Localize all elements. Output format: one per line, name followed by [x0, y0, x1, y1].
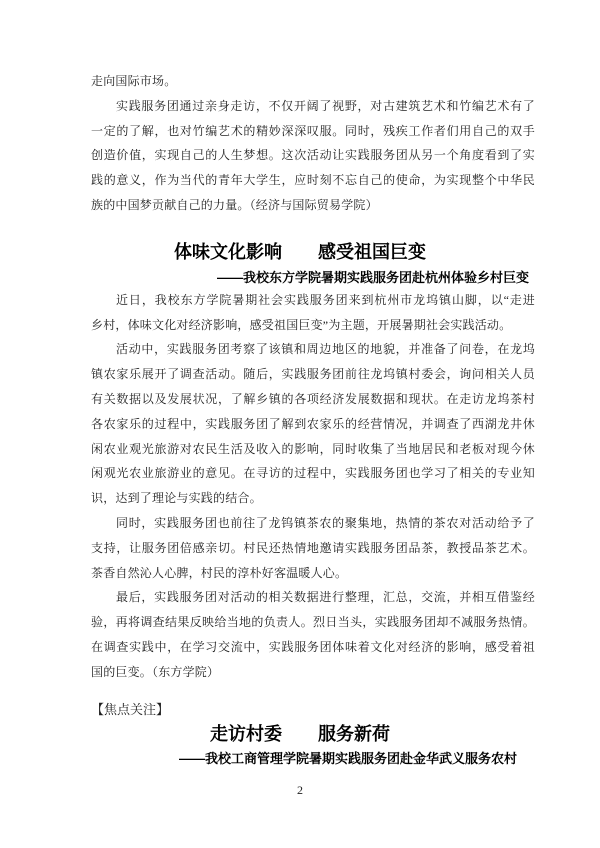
body-line: 国的巨变。（东方学院）: [91, 660, 535, 685]
body-line: 闲观光农业旅游业的意见。在寻访的过程中，实践服务团也学习了相关的专业知: [91, 461, 535, 486]
body-line: 最后，实践服务团对活动的相关数据进行整理，汇总，交流，并相互借鉴经: [91, 585, 535, 610]
intro-line: 一定的了解，也对竹编艺术的精妙深深叹服。同时，残疾工作者们用自己的双手: [91, 119, 535, 144]
body-line: 支持，让服务团倍感亲切。村民还热情地邀请实践服务团品茶，教授品茶艺术。: [91, 536, 535, 561]
intro-line: 创造价值，实现自己的人生梦想。这次活动让实践服务团从另一个角度看到了实: [91, 143, 535, 168]
body-line: 各农家乐的过程中，实践服务团了解到农家乐的经营情况，并调查了西湖龙井休: [91, 412, 535, 437]
body-line: 在调查实践中，在学习交流中，实践服务团体味着文化对经济的影响，感受着祖: [91, 635, 535, 660]
body-line: 乡村，体味文化对经济影响，感受祖国巨变”为主题，开展暑期社会实践活动。: [91, 313, 535, 338]
article-title: 体味文化影响 感受祖国巨变: [0, 239, 600, 265]
article-subtitle: ——我校东方学院暑期实践服务团赴杭州体验乡村巨变: [91, 268, 535, 288]
body-line: 有关数据以及发展状况，了解乡镇的各项经济发展数据和现状。在走访龙坞茶村: [91, 387, 535, 412]
article-body: 近日，我校东方学院暑期社会实践服务团来到杭州市龙坞镇山脚，以“走进 乡村，体味文…: [91, 288, 535, 685]
body-line: 识，达到了理论与实践的结合。: [91, 486, 535, 511]
intro-line: 族的中国梦贡献自己的力量。（经济与国际贸易学院）: [91, 193, 535, 218]
page-number: 2: [0, 782, 600, 798]
article-subtitle: ——我校工商管理学院暑期实践服务团赴金华武义服务农村: [91, 749, 535, 769]
document-content: 走向国际市场。 实践服务团通过亲身走访，不仅开阔了视野，对古建筑艺术和竹编艺术有…: [91, 0, 535, 769]
intro-line: 走向国际市场。: [91, 69, 535, 94]
article-title: 走访村委 服务新荷: [0, 721, 600, 747]
body-line: 活动中，实践服务团考察了该镇和周边地区的地貌，并准备了问卷，在龙坞: [91, 337, 535, 362]
body-line: 镇农家乐展开了调查活动。随后，实践服务团前往龙坞镇村委会，询问相关人员: [91, 362, 535, 387]
intro-line: 践的意义，作为当代的青年大学生，应时刻不忘自己的使命，为实现整个中华民: [91, 168, 535, 193]
body-line: 茶香自然沁人心脾，村民的淳朴好客温暖人心。: [91, 561, 535, 586]
body-line: 验，再将调查结果反映给当地的负责人。烈日当头，实践服务团却不减服务热情。: [91, 610, 535, 635]
body-line: 同时，实践服务团也前往了龙钨镇茶农的聚集地，热情的茶农对活动给予了: [91, 511, 535, 536]
document-page: 走向国际市场。 实践服务团通过亲身走访，不仅开阔了视野，对古建筑艺术和竹编艺术有…: [0, 0, 600, 848]
focus-section-label: 【焦点关注】: [91, 700, 535, 720]
intro-line: 实践服务团通过亲身走访，不仅开阔了视野，对古建筑艺术和竹编艺术有了: [91, 94, 535, 119]
body-line: 闲农业观光旅游对农民生活及收入的影响，同时收集了当地居民和老板对现今休: [91, 437, 535, 462]
body-line: 近日，我校东方学院暑期社会实践服务团来到杭州市龙坞镇山脚，以“走进: [91, 288, 535, 313]
